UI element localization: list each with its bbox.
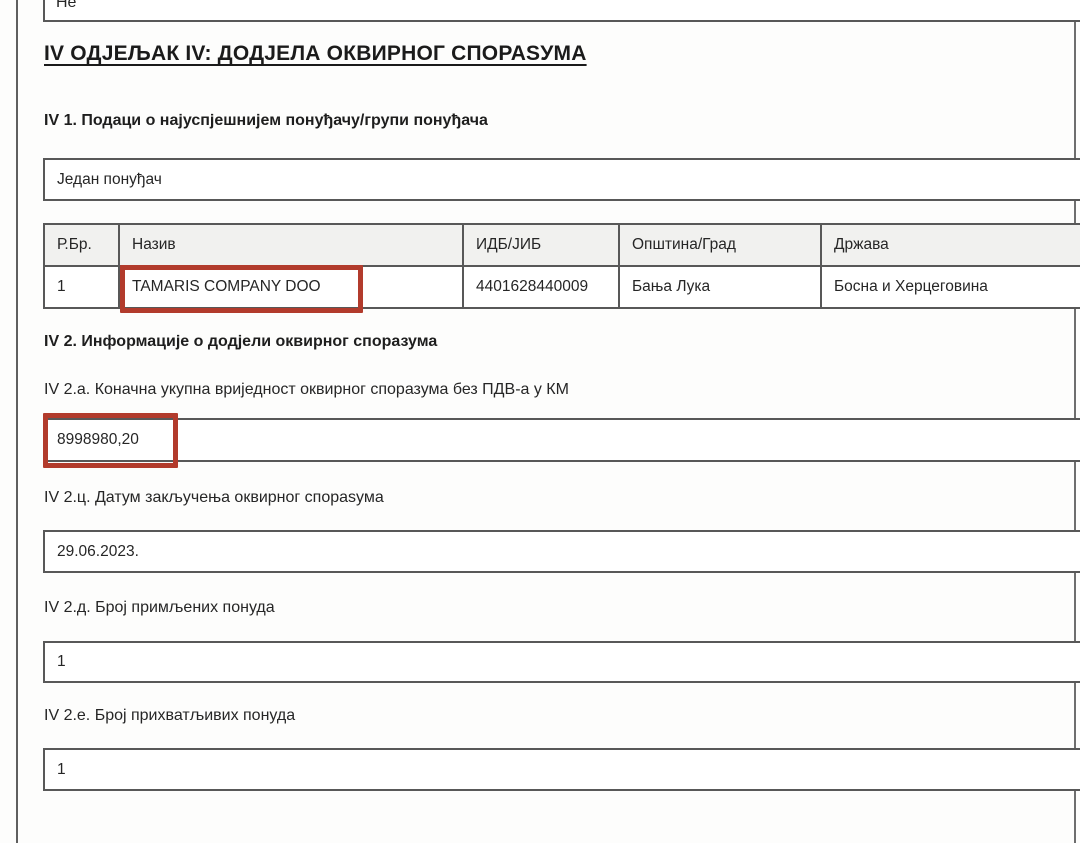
header-naziv: Назив (119, 224, 463, 266)
iv2c-field[interactable]: 29.06.2023. (43, 530, 1080, 573)
previous-answer-field[interactable]: Не (43, 0, 1080, 22)
iv1-value: Један понуђач (57, 171, 162, 189)
cell-row-number: 1 (44, 266, 119, 308)
highlight-box-contract-value (43, 413, 178, 468)
iv2-heading: IV 2. Информације о додјели оквирног спо… (44, 333, 437, 351)
iv2a-label: IV 2.а. Коначна укупна вриједност оквирн… (44, 381, 569, 399)
iv2c-value: 29.06.2023. (57, 543, 139, 561)
header-drzava: Држава (821, 224, 1080, 266)
iv2e-value: 1 (57, 761, 66, 779)
highlight-box-bidder-name (120, 265, 363, 313)
iv1-field[interactable]: Један понуђач (43, 158, 1080, 201)
page-left-border (16, 0, 18, 843)
section-iv-title: IV ОДЈЕЉАК IV: ДОДЈЕЛА ОКВИРНОГ СПОРАЅУМ… (44, 42, 587, 66)
iv1-label: IV 1. Подаци о најуспјешнијем понуђачу/г… (44, 112, 488, 130)
bidders-table-header-row: Р.Бр. Назив ИДБ/ЈИБ Општина/Град Држава (44, 224, 1080, 266)
iv2d-field[interactable]: 1 (43, 641, 1080, 683)
iv2e-field[interactable]: 1 (43, 748, 1080, 791)
iv2d-value: 1 (57, 653, 66, 671)
cell-municipality: Бања Лука (619, 266, 821, 308)
header-opstina-grad: Општина/Град (619, 224, 821, 266)
cell-country: Босна и Херцеговина (821, 266, 1080, 308)
iv2c-label: IV 2.ц. Датум закључења оквирног спораѕу… (44, 489, 384, 507)
iv2e-label: IV 2.е. Број прихватљивих понуда (44, 707, 295, 725)
iv2a-field[interactable]: 8998980,20 (43, 418, 1080, 462)
cell-idb-jib: 4401628440009 (463, 266, 619, 308)
previous-answer-value: Не (56, 0, 76, 11)
iv2d-label: IV 2.д. Број примљених понуда (44, 599, 275, 617)
header-rbr: Р.Бр. (44, 224, 119, 266)
header-idb-jib: ИДБ/ЈИБ (463, 224, 619, 266)
